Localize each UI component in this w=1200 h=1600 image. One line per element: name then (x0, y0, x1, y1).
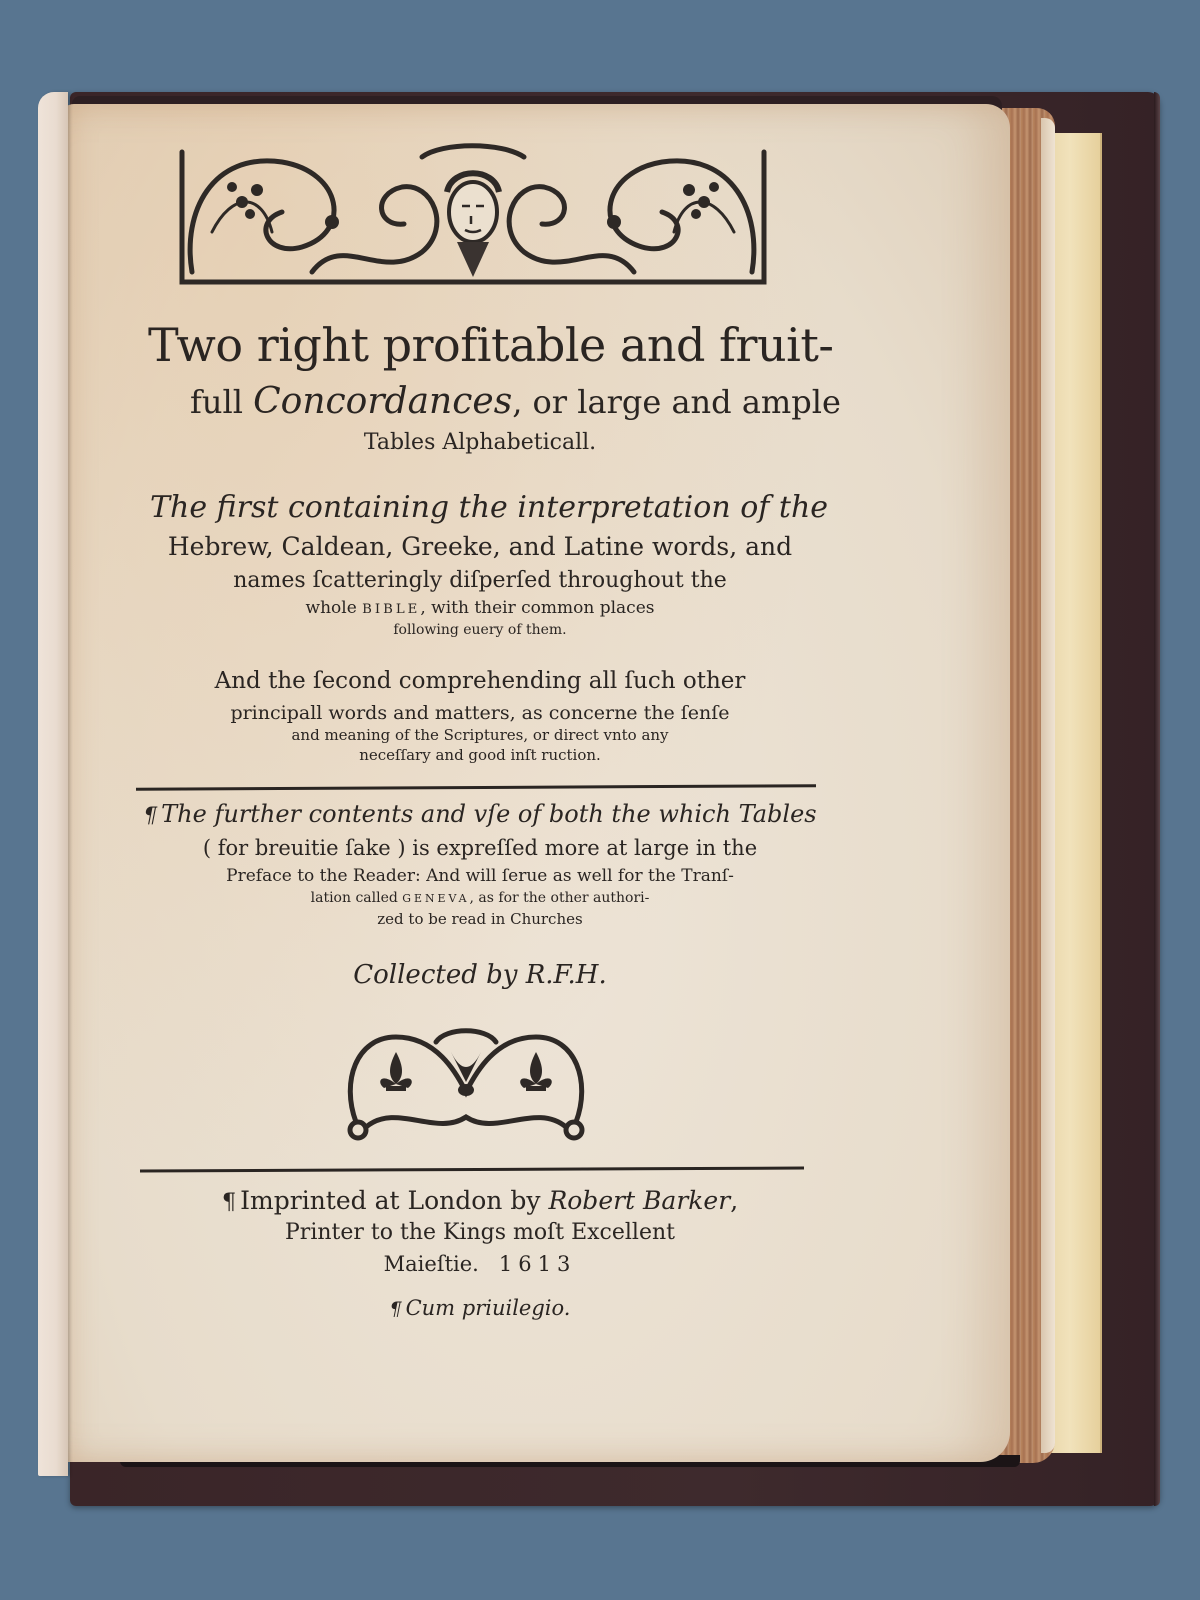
geneva-smallcaps: GENEVA (402, 892, 469, 905)
first-section-line-4: whole BIBLE, with their common places (0, 598, 960, 618)
first-section-line-3: names ſcatteringly diſperſed throughout … (0, 568, 960, 593)
maiestie: Maieſtie. (384, 1252, 479, 1276)
title-line-2-suffix: , or large and ample (512, 383, 841, 421)
second-section-line-3: and meaning of the Scriptures, or direct… (0, 726, 960, 744)
second-section-line-4: neceſſary and good inſt ruction. (0, 746, 960, 764)
line-prefix: lation called (311, 890, 403, 906)
further-section-line-2: ( for breuitie ſake ) is expreſſed more … (0, 836, 960, 860)
pilcrow-icon: ¶ (143, 803, 157, 828)
photo-background: Two right profitable and fruit- full Con… (0, 0, 1200, 1600)
further-section-line-1: ¶The further contents and vſe of both th… (0, 800, 960, 828)
pilcrow-icon: ¶ (222, 1189, 236, 1215)
horizontal-rule-top (136, 784, 816, 791)
line-prefix: whole (306, 598, 363, 618)
imprint-line-3: Maieſtie. 1613 (0, 1252, 960, 1276)
publication-year: 1613 (499, 1252, 576, 1276)
horizontal-rule-bottom (140, 1167, 804, 1173)
further-section-line-5: zed to be read in Churches (0, 910, 960, 928)
first-section-heading: The first containing the interpretation … (150, 490, 790, 525)
second-section-line-2: principall words and matters, as concern… (0, 702, 960, 724)
imprint-line-1: ¶Imprinted at London by Robert Barker, (0, 1186, 960, 1215)
title-line-2-prefix: full (190, 383, 253, 421)
first-section-line-2: Hebrew, Caldean, Greeke, and Latine word… (0, 532, 960, 561)
title-line-2: full Concordances, or large and ample (190, 384, 750, 420)
bible-smallcaps: BIBLE (362, 602, 420, 617)
printer-name: Robert Barker (548, 1186, 730, 1215)
imprint-line-2: Printer to the Kings moſt Excellent (0, 1220, 960, 1245)
imprint-suffix: , (730, 1186, 738, 1215)
collected-by: Collected by R.F.H. (0, 960, 960, 990)
first-section-line-5: following euery of them. (0, 622, 960, 638)
fleur-de-lis-icon (380, 1052, 552, 1096)
title-line-3: Tables Alphabeticall. (0, 430, 960, 455)
further-text: The further contents and vſe of both the… (161, 800, 816, 828)
privilege-line: ¶Cum priuilegio. (0, 1296, 960, 1320)
title-concordances: Concordances (253, 381, 512, 422)
further-section-line-4: lation called GENEVA, as for the other a… (0, 890, 960, 906)
line-suffix: , with their common places (420, 598, 654, 618)
further-section-line-3: Preface to the Reader: And will ſerue as… (0, 866, 960, 886)
cum-priuilegio: Cum priuilegio. (406, 1296, 571, 1320)
title-line-1: Two right profitable and fruit- (148, 322, 798, 368)
imprint-prefix: Imprinted at London by (240, 1186, 548, 1215)
second-section-line-1: And the ſecond comprehending all ſuch ot… (0, 668, 960, 694)
pilcrow-icon: ¶ (390, 1298, 402, 1320)
line-suffix: , as for the other authori- (470, 890, 650, 906)
tailpiece-ornament-icon (336, 1022, 596, 1142)
